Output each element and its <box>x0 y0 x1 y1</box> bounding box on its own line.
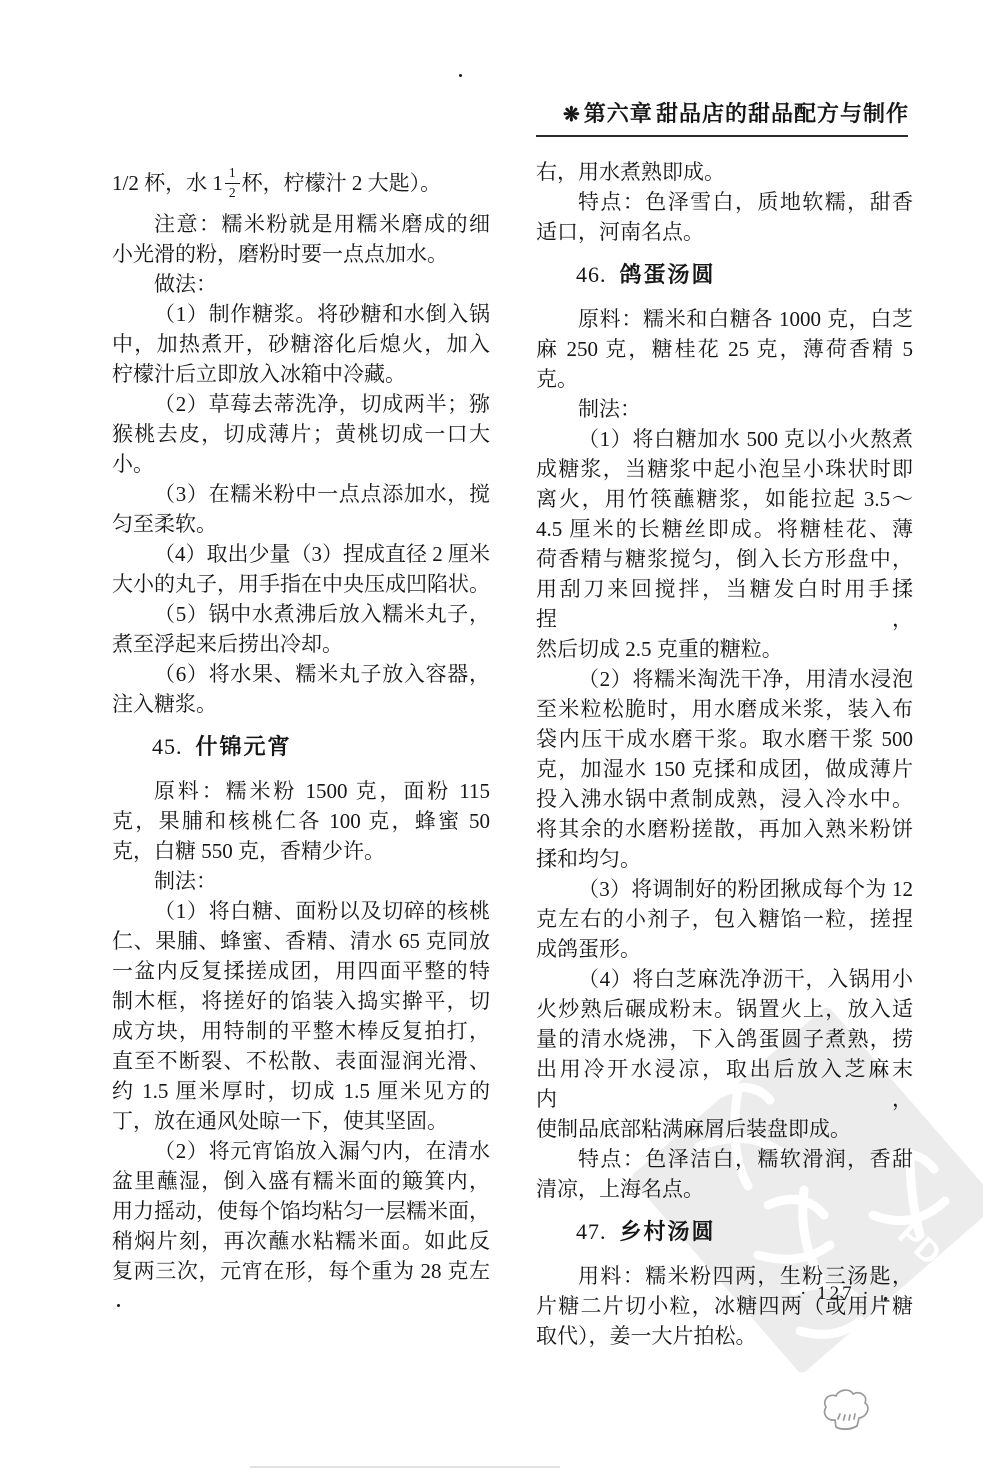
text-line: 克。 <box>536 364 913 394</box>
text-line: （4）将白芝麻洗净沥干，入锅用小 <box>536 964 913 994</box>
recipe-heading: 45.什锦元宵 <box>112 732 490 762</box>
text-line: （1）制作糖浆。将砂糖和水倒入锅 <box>112 299 490 329</box>
text-line: 大小的丸子，用手指在中央压成凹陷状。 <box>112 569 490 599</box>
text-line: 匀至柔软。 <box>112 509 490 539</box>
flower-asterisk-icon: ❋ <box>563 104 581 126</box>
text-line: 猴桃去皮，切成薄片；黄桃切成一口大 <box>112 419 490 449</box>
text-line: 火炒熟后碾成粉末。锅置火上，放入适 <box>536 994 913 1024</box>
left-text-column: 1/2 杯，水 112杯，柠檬汁 2 大匙）。注意：糯米粉就是用糯米磨成的细小光… <box>112 157 490 1286</box>
text-line: 至米粒松脆时，用水磨成米浆，装入布 <box>536 694 913 724</box>
text-line: 成方块，用特制的平整木棒反复拍打， <box>112 1016 490 1046</box>
text-line: 稍焖片刻，再次蘸水粘糯米面。如此反 <box>112 1226 490 1256</box>
text-line: 用力摇动，使每个馅均粘匀一层糯米面， <box>112 1196 490 1226</box>
text-line: 量的清水烧沸，下入鸽蛋圆子煮熟，捞 <box>536 1024 913 1054</box>
running-head: ❋第六章 甜品店的甜品配方与制作 <box>563 97 909 128</box>
chapter-number: 第六章 <box>584 101 653 126</box>
text-line: 特点：色泽雪白，质地软糯，甜香 <box>536 187 913 217</box>
chef-hat-icon <box>820 1388 874 1436</box>
text-line: 原料：糯米和白糖各 1000 克，白芝 <box>536 304 913 334</box>
recipe-heading: 46.鸽蛋汤圆 <box>536 260 913 290</box>
text-line: 投入沸水锅中煮制成熟，浸入冷水中。 <box>536 784 913 814</box>
text-line: 然后切成 2.5 克重的糖粒。 <box>536 634 913 664</box>
text-line: 做法： <box>112 269 490 299</box>
text-line: 约 1.5 厘米厚时，切成 1.5 厘米见方的 <box>112 1076 490 1106</box>
fraction-numerator: 1 <box>225 165 240 183</box>
chapter-label: ❋第六章 <box>563 97 653 128</box>
text-line: 将其余的水磨粉搓散，再加入熟米粉饼 <box>536 814 913 844</box>
text-line: 注入糖浆。 <box>112 689 490 719</box>
recipe-title: 什锦元宵 <box>196 734 292 759</box>
text-line: 柠檬汁后立即放入冰箱中冷藏。 <box>112 359 490 389</box>
text-line: （2）草莓去蒂洗净，切成两半；猕 <box>112 389 490 419</box>
text-line: 原料：糯米粉 1500 克，面粉 115 <box>112 776 490 806</box>
text-line: 克，白糖 550 克，香精少许。 <box>112 836 490 866</box>
text-line: （1）将白糖加水 500 克以小火熬煮 <box>536 424 913 454</box>
text-line: 袋内压干成水磨干浆。取水磨干浆 500 <box>536 724 913 754</box>
text-line: 直至不断裂、不松散、表面湿润光滑、 <box>112 1046 490 1076</box>
recipe-heading: 47.乡村汤圆 <box>536 1217 913 1247</box>
text-line: 用刮刀来回搅拌，当糖发白时用手揉捏， <box>536 574 913 634</box>
text-line: 清凉，上海名点。 <box>536 1174 913 1204</box>
text-line: 成鸽蛋形。 <box>536 934 913 964</box>
text-line: 4.5 厘米的长糖丝即成。将糖桂花、薄 <box>536 514 913 544</box>
text-line: 出用冷开水浸凉，取出后放入芝麻末内， <box>536 1054 913 1114</box>
text-line: 中，加热煮开，砂糖溶化后熄火，加入 <box>112 329 490 359</box>
text-line: 盆里蘸湿，倒入盛有糯米面的簸箕内， <box>112 1166 490 1196</box>
recipe-number: 47. <box>576 1219 607 1244</box>
text-line: 克左右的小剂子，包入糖馅一粒，搓捏 <box>536 904 913 934</box>
stacked-fraction: 12 <box>225 165 240 200</box>
page-number: · 127 · <box>800 1283 872 1305</box>
text-line: （3）在糯米粉中一点点添加水，搅 <box>112 479 490 509</box>
text-line: 仁、果脯、蜂蜜、香精、清水 65 克同放 <box>112 926 490 956</box>
text-line: 制木框，将搓好的馅装入捣实擀平，切 <box>112 986 490 1016</box>
text-line: 特点：色泽洁白，糯软滑润，香甜 <box>536 1144 913 1174</box>
fraction-denominator: 2 <box>229 184 236 201</box>
header-rule <box>536 135 908 137</box>
right-text-column: 右，用水煮熟即成。特点：色泽雪白，质地软糯，甜香适口，河南名点。46.鸽蛋汤圆原… <box>536 157 913 1351</box>
text-line: 右，用水煮熟即成。 <box>536 157 913 187</box>
text-line: 适口，河南名点。 <box>536 217 913 247</box>
text-line: 成糖浆，当糖浆中起小泡呈小珠状时即 <box>536 454 913 484</box>
text-line: （1）将白糖、面粉以及切碎的核桃 <box>112 896 490 926</box>
text-line: 使制品底部粘满麻屑后装盘即成。 <box>536 1114 913 1144</box>
scan-smudge <box>250 1466 560 1468</box>
text-line: 离火，用竹筷蘸糖浆，如能拉起 3.5～ <box>536 484 913 514</box>
text-line: 克，加湿水 150 克揉和成团，做成薄片 <box>536 754 913 784</box>
scan-speck <box>117 1304 120 1307</box>
recipe-number: 46. <box>576 262 607 287</box>
text-line-with-fraction: 1/2 杯，水 112杯，柠檬汁 2 大匙）。 <box>112 157 490 209</box>
text-line: （2）将元宵馅放入漏勺内，在清水 <box>112 1136 490 1166</box>
text-line: 丁，放在通风处晾一下，使其坚固。 <box>112 1106 490 1136</box>
recipe-number: 45. <box>152 734 183 759</box>
fraction-line-prefix: 1/2 杯，水 1 <box>112 168 223 198</box>
text-line: （2）将糯米淘洗干净，用清水浸泡 <box>536 664 913 694</box>
fraction-line-suffix: 杯，柠檬汁 2 大匙）。 <box>242 168 442 198</box>
recipe-title: 鸽蛋汤圆 <box>620 262 716 287</box>
text-line: 复两三次，元宵在形，每个重为 28 克左 <box>112 1256 490 1286</box>
text-line: （5）锅中水煮沸后放入糯米丸子， <box>112 599 490 629</box>
text-line: 揉和均匀。 <box>536 844 913 874</box>
text-line: （4）取出少量（3）捏成直径 2 厘米 <box>112 539 490 569</box>
text-line: （3）将调制好的粉团揪成每个为 12 <box>536 874 913 904</box>
text-line: 一盆内反复揉搓成团，用四面平整的特 <box>112 956 490 986</box>
text-line: 制法： <box>536 394 913 424</box>
scan-speck <box>459 74 462 77</box>
text-line: 克，果脯和核桃仁各 100 克，蜂蜜 50 <box>112 806 490 836</box>
text-line: 荷香精与糖浆搅匀，倒入长方形盘中， <box>536 544 913 574</box>
text-line: 小光滑的粉，磨粉时要一点点加水。 <box>112 239 490 269</box>
text-line: 注意：糯米粉就是用糯米磨成的细 <box>112 209 490 239</box>
chapter-title: 甜品店的甜品配方与制作 <box>656 97 909 128</box>
text-line: 取代），姜一大片拍松。 <box>536 1321 913 1351</box>
text-line: 小。 <box>112 449 490 479</box>
recipe-title: 乡村汤圆 <box>620 1219 716 1244</box>
text-line: （6）将水果、糯米丸子放入容器， <box>112 659 490 689</box>
scanned-book-page: PDG ❋第六章 甜品店的甜品配方与制作 1/2 杯，水 112杯，柠檬汁 2 … <box>0 0 983 1470</box>
text-line: 制法： <box>112 866 490 896</box>
text-line: 麻 250 克，糖桂花 25 克，薄荷香精 5 <box>536 334 913 364</box>
text-line: 煮至浮起来后捞出冷却。 <box>112 629 490 659</box>
